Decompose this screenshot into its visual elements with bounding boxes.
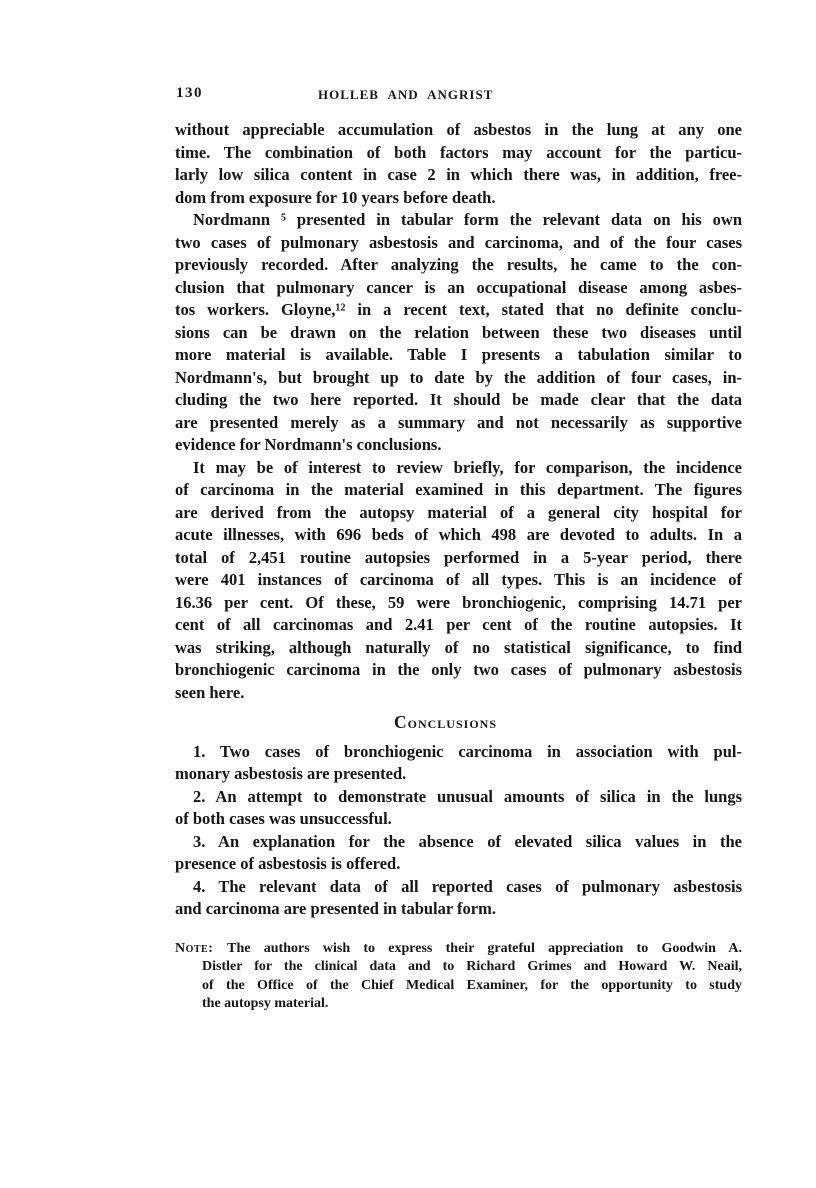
text-line: seen here. bbox=[175, 682, 742, 705]
text-line: 4. The relevant data of all reported cas… bbox=[175, 876, 742, 899]
text-line: more material is available. Table I pres… bbox=[175, 344, 742, 367]
text-line: dom from exposure for 10 years before de… bbox=[175, 187, 742, 210]
text-line: 16.36 per cent. Of these, 59 were bronch… bbox=[175, 592, 742, 615]
text-line: of both cases was unsuccessful. bbox=[175, 808, 742, 831]
text-line: Nordmann's, but brought up to date by th… bbox=[175, 367, 742, 390]
page-number: 130 bbox=[176, 85, 203, 102]
text-line: 3. An explanation for the absence of ele… bbox=[175, 831, 742, 854]
note-label: Note: bbox=[175, 941, 227, 956]
text-line: was striking, although naturally of no s… bbox=[175, 637, 742, 660]
text-line: and carcinoma are presented in tabular f… bbox=[175, 898, 742, 921]
note-line: Distler for the clinical data and to Ric… bbox=[175, 958, 742, 977]
section-heading: Conclusions bbox=[175, 711, 742, 734]
body-paragraph: 2. An attempt to demonstrate unusual amo… bbox=[175, 786, 742, 831]
text-line: are presented merely as a summary and no… bbox=[175, 412, 742, 435]
text-line: monary asbestosis are presented. bbox=[175, 763, 742, 786]
body-paragraph: 1. Two cases of bronchiogenic carcinoma … bbox=[175, 741, 742, 786]
note-line: the autopsy material. bbox=[175, 995, 742, 1014]
text-line: bronchiogenic carcinoma in the only two … bbox=[175, 659, 742, 682]
text-line: cluding the two here reported. It should… bbox=[175, 389, 742, 412]
text-line: larly low silica content in case 2 in wh… bbox=[175, 164, 742, 187]
text-line: two cases of pulmonary asbestosis and ca… bbox=[175, 232, 742, 255]
text-line: are derived from the autopsy material of… bbox=[175, 502, 742, 525]
note-line: of the Office of the Chief Medical Exami… bbox=[175, 977, 742, 996]
text-line: 2. An attempt to demonstrate unusual amo… bbox=[175, 786, 742, 809]
scanned-page: 130 HOLLEB AND ANGRIST without appreciab… bbox=[0, 0, 816, 1188]
text-line: acute illnesses, with 696 beds of which … bbox=[175, 524, 742, 547]
text-line: clusion that pulmonary cancer is an occu… bbox=[175, 277, 742, 300]
running-head: HOLLEB AND ANGRIST bbox=[318, 87, 493, 103]
text-line: without appreciable accumulation of asbe… bbox=[175, 119, 742, 142]
text-line: It may be of interest to review briefly,… bbox=[175, 457, 742, 480]
body-paragraph: 4. The relevant data of all reported cas… bbox=[175, 876, 742, 921]
text-line: of carcinoma in the material examined in… bbox=[175, 479, 742, 502]
text-line: previously recorded. After analyzing the… bbox=[175, 254, 742, 277]
text-line: total of 2,451 routine autopsies perform… bbox=[175, 547, 742, 570]
text-line: tos workers. Gloyne,¹² in a recent text,… bbox=[175, 299, 742, 322]
body-paragraph: It may be of interest to review briefly,… bbox=[175, 457, 742, 705]
text-line: were 401 instances of carcinoma of all t… bbox=[175, 569, 742, 592]
article: without appreciable accumulation of asbe… bbox=[175, 119, 742, 1014]
footnote: Note: The authors wish to express their … bbox=[175, 940, 742, 1014]
text-line: 1. Two cases of bronchiogenic carcinoma … bbox=[175, 741, 742, 764]
text-line: time. The combination of both factors ma… bbox=[175, 142, 742, 165]
body-paragraph: 3. An explanation for the absence of ele… bbox=[175, 831, 742, 876]
text-line: cent of all carcinomas and 2.41 per cent… bbox=[175, 614, 742, 637]
text-line: presence of asbestosis is offered. bbox=[175, 853, 742, 876]
body-paragraph: Nordmann ⁵ presented in tabular form the… bbox=[175, 209, 742, 457]
text-line: Nordmann ⁵ presented in tabular form the… bbox=[175, 209, 742, 232]
note-line: Note: The authors wish to express their … bbox=[175, 940, 742, 959]
body-paragraph: without appreciable accumulation of asbe… bbox=[175, 119, 742, 209]
text-line: sions can be drawn on the relation betwe… bbox=[175, 322, 742, 345]
text-line: evidence for Nordmann's conclusions. bbox=[175, 434, 742, 457]
